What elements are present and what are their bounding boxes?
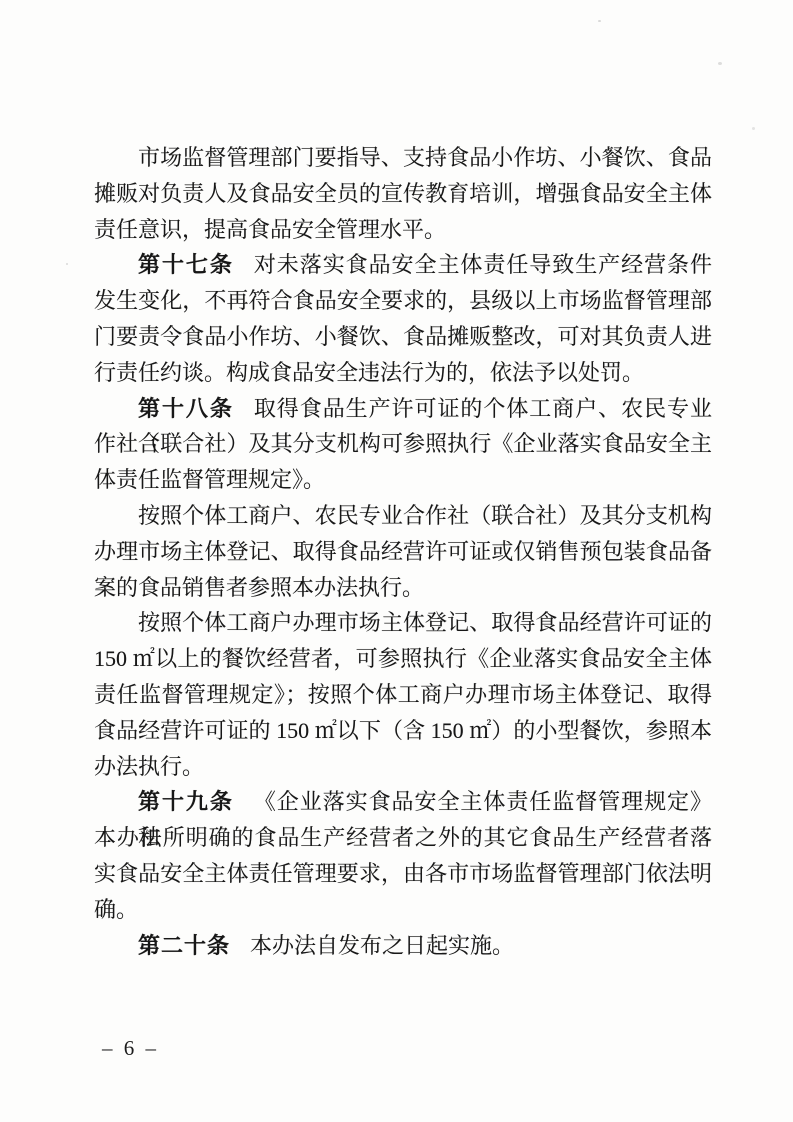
body-text: 责任监督管理规定》；按照个体工商户办理市场主体登记、取得 <box>94 682 712 707</box>
text-line: 责任意识，提高食品安全管理水平。 <box>94 212 712 248</box>
body-text: 按照个体工商户、农民专业合作社（联合社）及其分支机构 <box>138 503 712 528</box>
text-line: 第十七条对未落实食品安全主体责任导致生产经营条件 <box>94 247 712 283</box>
text-line: 第二十条本办法自发布之日起实施。 <box>94 928 712 964</box>
text-line: 市场监督管理部门要指导、支持食品小作坊、小餐饮、食品 <box>94 140 712 176</box>
body-text: 确。 <box>94 897 138 922</box>
scan-artifact <box>752 127 755 130</box>
text-line: 按照个体工商户、农民专业合作社（联合社）及其分支机构 <box>94 498 712 534</box>
text-line: 摊贩对负责人及食品安全员的宣传教育培训，增强食品安全主体 <box>94 176 712 212</box>
body-text: 责任意识，提高食品安全管理水平。 <box>94 217 446 242</box>
body-text: 办法执行。 <box>94 754 204 779</box>
body-text: 本办法所明确的食品生产经营者之外的其它食品生产经营者落 <box>94 825 712 850</box>
body-text: 案的食品销售者参照本办法执行。 <box>94 575 424 600</box>
text-line: 发生变化，不再符合食品安全要求的，县级以上市场监督管理部 <box>94 283 712 319</box>
body-text: 本办法自发布之日起实施。 <box>250 933 514 958</box>
text-line: 确。 <box>94 892 712 928</box>
text-line: 实食品安全主体责任管理要求，由各市市场监督管理部门依法明 <box>94 856 712 892</box>
text-line: 本办法所明确的食品生产经营者之外的其它食品生产经营者落 <box>94 820 712 856</box>
text-line: 办法执行。 <box>94 749 712 785</box>
scan-artifact <box>66 263 68 265</box>
text-line: 150 ㎡以上的餐饮经营者，可参照执行《企业落实食品安全主体 <box>94 641 712 677</box>
body-text: 作社（联合社）及其分支机构可参照执行《企业落实食品安全主 <box>94 431 712 456</box>
text-line: 案的食品销售者参照本办法执行。 <box>94 570 712 606</box>
scan-artifact <box>718 62 722 65</box>
text-line: 第十八条取得食品生产许可证的个体工商户、农民专业合 <box>94 391 712 427</box>
text-line: 体责任监督管理规定》。 <box>94 462 712 498</box>
article-17-heading: 第十七条 <box>138 252 234 277</box>
body-text: 行责任约谈。构成食品安全违法行为的，依法予以处罚。 <box>94 360 644 385</box>
text-line: 责任监督管理规定》；按照个体工商户办理市场主体登记、取得 <box>94 677 712 713</box>
article-20-heading: 第二十条 <box>138 933 230 958</box>
text-line: 行责任约谈。构成食品安全违法行为的，依法予以处罚。 <box>94 355 712 391</box>
article-18-heading: 第十八条 <box>138 396 234 421</box>
article-19-heading: 第十九条 <box>138 789 234 814</box>
body-text: 门要责令食品小作坊、小餐饮、食品摊贩整改，可对其负责人进 <box>94 324 712 349</box>
text-line: 按照个体工商户办理市场主体登记、取得食品经营许可证的 <box>94 605 712 641</box>
scan-artifact <box>598 20 601 22</box>
body-text: 150 ㎡以上的餐饮经营者，可参照执行《企业落实食品安全主体 <box>94 646 712 671</box>
text-line: 门要责令食品小作坊、小餐饮、食品摊贩整改，可对其负责人进 <box>94 319 712 355</box>
body-text: 按照个体工商户办理市场主体登记、取得食品经营许可证的 <box>138 610 712 635</box>
body-text: 摊贩对负责人及食品安全员的宣传教育培训，增强食品安全主体 <box>94 181 712 206</box>
body-text: 市场监督管理部门要指导、支持食品小作坊、小餐饮、食品 <box>138 145 712 170</box>
body-text: 发生变化，不再符合食品安全要求的，县级以上市场监督管理部 <box>94 288 712 313</box>
body-text: 对未落实食品安全主体责任导致生产经营条件 <box>254 252 712 277</box>
body-text: 办理市场主体登记、取得食品经营许可证或仅销售预包装食品备 <box>94 539 712 564</box>
scanned-document-page: 市场监督管理部门要指导、支持食品小作坊、小餐饮、食品 摊贩对负责人及食品安全员的… <box>0 0 793 1122</box>
document-body: 市场监督管理部门要指导、支持食品小作坊、小餐饮、食品 摊贩对负责人及食品安全员的… <box>94 140 712 963</box>
body-text: 食品经营许可证的 150 ㎡以下（含 150 ㎡）的小型餐饮，参照本 <box>94 718 712 743</box>
text-line: 办理市场主体登记、取得食品经营许可证或仅销售预包装食品备 <box>94 534 712 570</box>
text-line: 作社（联合社）及其分支机构可参照执行《企业落实食品安全主 <box>94 426 712 462</box>
body-text: 体责任监督管理规定》。 <box>94 467 325 492</box>
text-line: 第十九条《企业落实食品安全主体责任监督管理规定》和 <box>94 784 712 820</box>
page-number: – 6 – <box>102 1036 159 1061</box>
text-line: 食品经营许可证的 150 ㎡以下（含 150 ㎡）的小型餐饮，参照本 <box>94 713 712 749</box>
body-text: 实食品安全主体责任管理要求，由各市市场监督管理部门依法明 <box>94 861 712 886</box>
